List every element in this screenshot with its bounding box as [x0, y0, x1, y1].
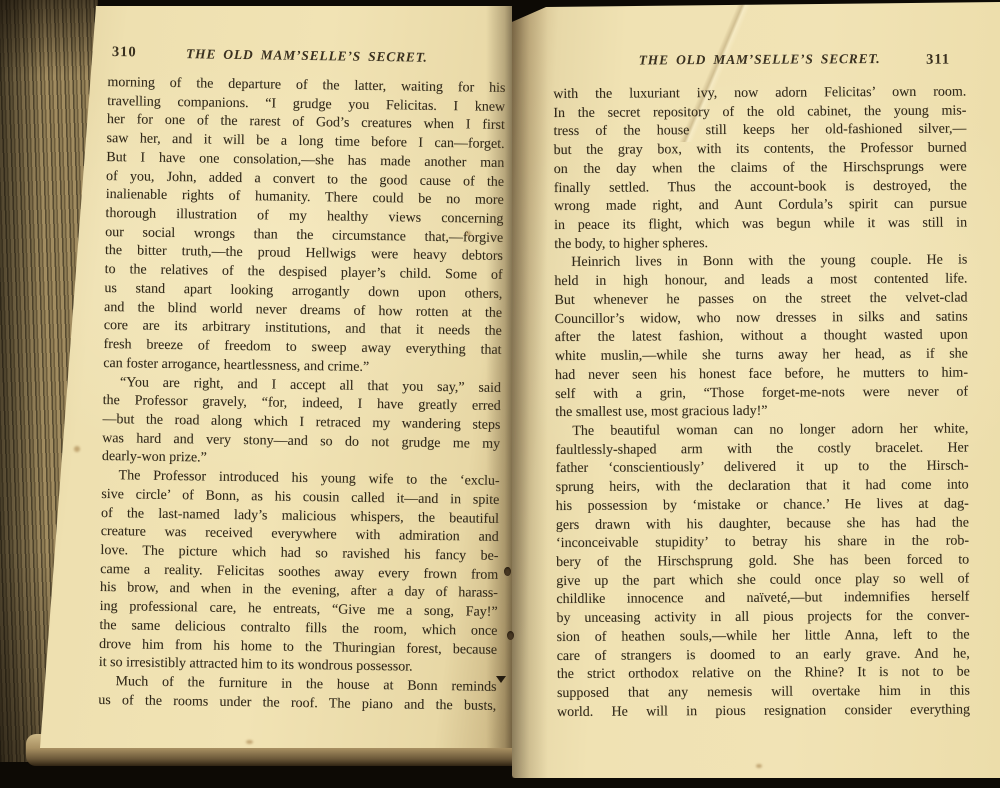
text-line: after the latest fashion, without a thou… — [555, 327, 968, 348]
text-line: The beautiful woman can no longer adorn … — [555, 420, 968, 441]
text-line: faultlessly-shaped arm with the costly b… — [555, 439, 968, 460]
binding-stitch-hole — [504, 567, 511, 576]
page-number-right: 311 — [926, 52, 950, 69]
text-line: had never seen his honest face before, h… — [555, 364, 968, 385]
text-line: white muslin,—while she turns away her h… — [555, 346, 968, 367]
left-page: 310 THE OLD MAM’SELLE’S SECRET. morning … — [40, 6, 512, 748]
left-page-header: 310 THE OLD MAM’SELLE’S SECRET. — [108, 44, 506, 80]
text-line: Councillor’s widow, who now dresses in s… — [555, 308, 968, 329]
text-line: but the gray box, with its contents, the… — [554, 140, 967, 161]
text-line: the body, to higher spheres. — [554, 233, 967, 254]
text-line: world. He will in pious resignation cons… — [557, 701, 970, 722]
text-line: finally settled. Thus the account-book i… — [554, 177, 967, 198]
text-line: supposed that any nemesis will overtake … — [557, 682, 970, 703]
right-page: THE OLD MAM’SELLE’S SECRET. 311 with the… — [512, 2, 1000, 778]
text-line: self with a grin, “Those forget-me-nots … — [555, 383, 968, 404]
text-line: on the day when the claims of the Hirsch… — [554, 158, 967, 179]
text-line: father ‘conscientiously’ delivered it up… — [555, 458, 968, 479]
page-text-left: morning of the departure of the latter, … — [98, 74, 505, 716]
text-line: his possession by ‘mistake or chance.’ H… — [556, 495, 969, 516]
text-line: bery of the Hirschsprung gold. She has b… — [556, 551, 969, 572]
text-line: the strict orthodox relative on the Rhin… — [557, 664, 970, 685]
running-title-right: THE OLD MAM’SELLE’S SECRET. — [553, 50, 966, 69]
text-line: the smallest use, most gracious lady!” — [555, 402, 968, 423]
text-line: tress of the house still keeps her old-f… — [553, 121, 966, 142]
text-line: In the secret repository of the old cabi… — [553, 102, 966, 123]
book-photo: 310 THE OLD MAM’SELLE’S SECRET. morning … — [0, 0, 1000, 788]
text-line: by unceasing activity in all pious proje… — [556, 608, 969, 629]
right-page-header: THE OLD MAM’SELLE’S SECRET. 311 — [553, 49, 966, 86]
stain-spot — [756, 764, 762, 768]
running-title-left: THE OLD MAM’SELLE’S SECRET. — [108, 45, 506, 67]
right-page-content: THE OLD MAM’SELLE’S SECRET. 311 with the… — [553, 49, 970, 722]
stain-spot — [466, 231, 471, 236]
text-line: wrong made right, and Aunt Cordula’s spi… — [554, 196, 967, 217]
text-line: held in high honour, and leads a most co… — [554, 271, 967, 292]
text-line: ‘inconceivable stupidity’ to betray his … — [556, 533, 969, 554]
text-line: in peace its flight, which was begun whi… — [554, 215, 967, 236]
page-text-right: with the luxuriant ivy, now adorn Felici… — [553, 83, 970, 722]
stain-spot — [74, 446, 80, 452]
text-line: But whenever he passes on the street the… — [554, 289, 967, 310]
text-line: with the luxuriant ivy, now adorn Felici… — [553, 83, 966, 104]
text-line: care of strangers is doomed to an early … — [557, 645, 970, 666]
stain-spot — [246, 740, 253, 744]
left-page-content: 310 THE OLD MAM’SELLE’S SECRET. morning … — [98, 44, 506, 716]
text-line: Heinrich lives in Bonn with the young co… — [554, 252, 967, 273]
text-line: sprung heirs, with the declaration that … — [556, 477, 969, 498]
text-line: childlike innocence and naïveté,—but ind… — [556, 589, 969, 610]
text-line: give up the part which she could once pl… — [556, 570, 969, 591]
text-line: sion of heathen souls,—while her little … — [557, 626, 970, 647]
text-line: gers drawn with his daughter, because sh… — [556, 514, 969, 535]
binding-stitch-hole — [507, 631, 514, 640]
